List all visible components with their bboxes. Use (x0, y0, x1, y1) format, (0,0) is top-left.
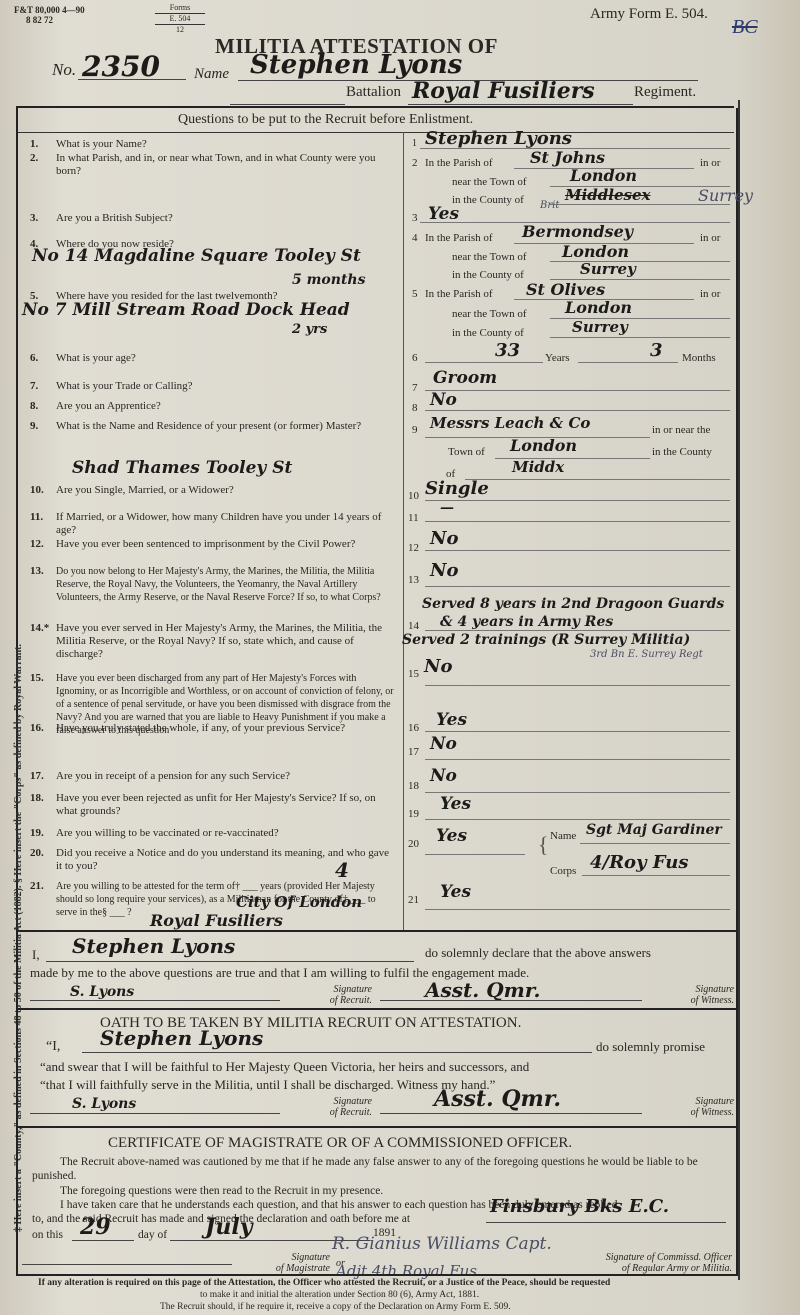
answer-line (465, 479, 730, 480)
question-number: 18. (30, 792, 52, 805)
question-number: 3. (30, 212, 52, 225)
answer-2-county-struck: Middlesex (565, 186, 650, 204)
recruit-name-field[interactable]: Stephen Lyons (250, 50, 462, 80)
answer-17[interactable]: No (430, 734, 457, 754)
answer-number: 11 (408, 512, 419, 524)
in-or-near-label: in or near the (652, 424, 710, 436)
forms-label: Forms (155, 3, 205, 14)
footer-note: to make it and initial the alteration un… (200, 1290, 479, 1301)
answer-number: 1 (412, 138, 417, 149)
answer-line (425, 586, 730, 587)
declaration-box (16, 930, 738, 1276)
question-text: Have you ever served in Her Majesty's Ar… (56, 622, 396, 661)
corner-mark: BC (732, 16, 758, 39)
question-number: 11. (30, 511, 52, 524)
question-item: 11.If Married, or a Widower, how many Ch… (30, 511, 395, 537)
answer-5-parish[interactable]: St Olives (526, 280, 605, 299)
battalion-label: Battalion (346, 84, 401, 101)
forms-number: E. 504 (155, 14, 205, 25)
question-item: 14.*Have you ever served in Her Majesty'… (30, 622, 395, 662)
bracket: { (538, 832, 549, 858)
footer-note: The Recruit should, if he require it, re… (160, 1302, 511, 1313)
question-text: What is the Name and Residence of your p… (56, 420, 396, 433)
question-number: 17. (30, 770, 52, 783)
question-text: Have you ever been rejected as unfit for… (56, 792, 396, 818)
answer-line (425, 390, 730, 391)
answer-line (578, 362, 678, 363)
name-label: Name (194, 66, 229, 83)
answer-7[interactable]: Groom (433, 368, 497, 388)
answer-number: 13 (408, 574, 419, 586)
answer-number: 12 (408, 542, 419, 554)
answer-number: 16 (408, 722, 419, 734)
question-item: 2.In what Parish, and in, or near what T… (30, 152, 395, 182)
column-divider (403, 132, 404, 930)
answer-line (425, 792, 730, 793)
answer-line (425, 854, 525, 855)
answer-number: 6 (412, 352, 418, 364)
question-number: 14.* (30, 622, 52, 635)
answer-9-county[interactable]: Middx (512, 458, 564, 476)
answer-12[interactable]: No (430, 528, 458, 549)
answer-line (425, 630, 730, 631)
answer-number: 3 (412, 212, 418, 224)
notice-giver-name[interactable]: Sgt Maj Gardiner (586, 822, 722, 838)
answer-2-parish[interactable]: St Johns (530, 148, 605, 167)
in-or-label: in or (700, 157, 720, 169)
answer-11[interactable]: — (440, 500, 454, 516)
answer-number: 2 (412, 157, 418, 169)
answer-line (425, 500, 730, 501)
in-or-label: in or (700, 288, 720, 300)
answer-line (550, 204, 730, 205)
answer-number: 15 (408, 668, 419, 680)
answer-line (425, 410, 730, 411)
question-item: 7.What is your Trade or Calling? (30, 380, 395, 392)
regiment-underline (408, 104, 633, 105)
town-label: near the Town of (452, 308, 526, 320)
regiment-label: Regiment. (634, 84, 696, 101)
answer-line (550, 261, 730, 262)
answer-14-line-2[interactable]: & 4 years in Army Res (440, 614, 613, 630)
answer-9-town[interactable]: London (510, 436, 577, 455)
county-label: in the County of (452, 327, 524, 339)
answer-line (425, 909, 730, 910)
print-codes: F&T 80,000 4—90 8 82 72 (14, 5, 85, 25)
question-item: 1.What is your Name? (30, 138, 395, 150)
answer-19[interactable]: Yes (440, 794, 471, 814)
battalion-field[interactable] (230, 104, 345, 105)
answer-13[interactable]: No (430, 560, 458, 581)
question-text: Are you in receipt of a pension for any … (56, 770, 396, 783)
corps-answer[interactable]: Royal Fusiliers (150, 911, 283, 930)
army-form-number: Army Form E. 504. (590, 6, 708, 23)
answer-8[interactable]: No (430, 390, 457, 410)
answer-6-months[interactable]: 3 (650, 340, 663, 361)
answer-number: 14 (408, 620, 419, 632)
answer-number: 18 (408, 780, 419, 792)
question-number: 7. (30, 380, 52, 393)
answer-line (425, 685, 730, 686)
question-item: 18.Have you ever been rejected as unfit … (30, 792, 395, 818)
notice-name-label: Name (550, 830, 576, 842)
question-text: Have you truly stated the whole, if any,… (56, 722, 396, 735)
answer-4-town[interactable]: London (562, 242, 629, 261)
question-text: Do you now belong to Her Majesty's Army,… (56, 565, 396, 604)
question-item: 17.Are you in receipt of a pension for a… (30, 770, 395, 782)
question-number: 2. (30, 152, 52, 165)
answer-16[interactable]: Yes (436, 710, 467, 730)
previous-residence-duration[interactable]: 2 yrs (292, 322, 327, 337)
answer-1-name[interactable]: Stephen Lyons (425, 128, 572, 149)
page-right-border (738, 100, 740, 1280)
question-number: 8. (30, 400, 52, 413)
answer-number: 17 (408, 746, 419, 758)
question-number: 9. (30, 420, 52, 433)
answer-number: 8 (412, 402, 418, 414)
answer-line (550, 337, 730, 338)
question-text: Have you ever been sentenced to imprison… (56, 538, 396, 551)
answer-3-note: Brit (540, 200, 559, 211)
regiment-field[interactable]: Royal Fusiliers (412, 78, 595, 104)
answer-number: 10 (408, 490, 419, 502)
answer-line (425, 550, 730, 551)
answer-line (580, 843, 730, 844)
answer-14-note: 3rd Bn E. Surrey Regt (590, 649, 703, 660)
number-underline (78, 79, 186, 80)
notice-giver-corps[interactable]: 4/Roy Fus (590, 852, 688, 873)
answer-line (582, 875, 730, 876)
question-item: 10.Are you Single, Married, or a Widower… (30, 484, 395, 496)
term-years-answer[interactable]: 4 (335, 858, 349, 882)
town-of-label: Town of (448, 446, 485, 458)
answer-14-line-3[interactable]: Served 2 trainings (R Surrey Militia) (402, 632, 690, 648)
print-code-line: 8 82 72 (14, 15, 85, 25)
answer-14-line-1[interactable]: Served 8 years in 2nd Dragoon Guards (422, 596, 724, 612)
parish-label: In the Parish of (425, 157, 493, 169)
attestation-form-page: F&T 80,000 4—90 8 82 72 Forms E. 504 12 … (0, 0, 800, 1315)
question-item: 9.What is the Name and Residence of your… (30, 420, 395, 448)
master-residence-answer[interactable]: Shad Thames Tooley St (72, 458, 292, 478)
forms-sub: 12 (155, 25, 205, 35)
forms-reference: Forms E. 504 12 (155, 3, 205, 35)
in-or-label: in or (700, 232, 720, 244)
question-number: 10. (30, 484, 52, 497)
answer-line (425, 731, 730, 732)
answer-number: 4 (412, 232, 418, 244)
answer-line (425, 759, 730, 760)
answer-number: 20 (408, 838, 419, 850)
question-number: 12. (30, 538, 52, 551)
question-number: 21. (30, 880, 52, 893)
answer-2-county[interactable]: Surrey (698, 186, 753, 205)
notice-corps-label: Corps (550, 865, 576, 877)
question-item: 12.Have you ever been sentenced to impri… (30, 538, 395, 564)
previous-residence-answer[interactable]: No 7 Mill Stream Road Dock Head (22, 300, 350, 320)
question-item: 3.Are you a British Subject? (30, 212, 395, 224)
answer-9-master[interactable]: Messrs Leach & Co (430, 414, 590, 432)
answer-10[interactable]: Single (425, 478, 489, 499)
divider (18, 132, 734, 133)
question-number: 15. (30, 672, 52, 685)
answer-line (425, 521, 730, 522)
print-code-line: F&T 80,000 4—90 (14, 5, 85, 15)
residence-duration[interactable]: 5 months (292, 272, 365, 288)
question-text: In what Parish, and in, or near what Tow… (56, 152, 396, 178)
county-label: in the County of (452, 269, 524, 281)
question-number: 6. (30, 352, 52, 365)
answer-4-county[interactable]: Surrey (580, 260, 636, 278)
answer-3[interactable]: Yes (428, 204, 459, 224)
question-item: 8.Are you an Apprentice? (30, 400, 395, 412)
years-label: Years (545, 352, 570, 364)
question-item: 16.Have you truly stated the whole, if a… (30, 722, 395, 750)
answer-4-parish[interactable]: Bermondsey (522, 222, 633, 241)
answer-line (425, 819, 730, 820)
question-number: 13. (30, 565, 52, 578)
in-county-label: in the County (652, 446, 712, 458)
question-text: What is your age? (56, 352, 396, 365)
answer-21[interactable]: Yes (440, 882, 471, 902)
question-text: Are you Single, Married, or a Widower? (56, 484, 396, 497)
county-answer[interactable]: City Of London (236, 893, 362, 911)
county-label: in the County of (452, 194, 524, 206)
answer-5-town[interactable]: London (565, 298, 632, 317)
town-label: near the Town of (452, 251, 526, 263)
question-item: 6.What is your age? (30, 352, 395, 364)
question-text: What is your Trade or Calling? (56, 380, 396, 393)
town-label: near the Town of (452, 176, 526, 188)
question-number: 1. (30, 138, 52, 151)
question-text: What is your Name? (56, 138, 396, 151)
question-text: Are you an Apprentice? (56, 400, 396, 413)
answer-number: 21 (408, 894, 419, 906)
answer-18[interactable]: No (430, 766, 457, 786)
questions-heading: Questions to be put to the Recruit befor… (178, 112, 473, 128)
question-text: If Married, or a Widower, how many Child… (56, 511, 396, 537)
answer-2-town[interactable]: London (570, 166, 637, 185)
footer-note: If any alteration is required on this pa… (38, 1278, 610, 1289)
answer-number: 19 (408, 808, 419, 820)
question-number: 20. (30, 847, 52, 860)
answer-number: 9 (412, 424, 418, 436)
question-text: Are you a British Subject? (56, 212, 396, 225)
question-text: Are you willing to be vaccinated or re-v… (56, 827, 396, 840)
answer-number: 7 (412, 382, 418, 394)
answer-line (425, 362, 543, 363)
residence-answer[interactable]: No 14 Magdaline Square Tooley St (32, 246, 361, 266)
answer-20[interactable]: Yes (436, 826, 467, 846)
question-number: 16. (30, 722, 52, 735)
answer-5-county[interactable]: Surrey (572, 318, 628, 336)
question-number: 19. (30, 827, 52, 840)
parish-label: In the Parish of (425, 232, 493, 244)
question-item: 13.Do you now belong to Her Majesty's Ar… (30, 565, 395, 621)
parish-label: In the Parish of (425, 288, 493, 300)
months-label: Months (682, 352, 716, 364)
answer-15[interactable]: No (424, 656, 452, 677)
question-item: 19.Are you willing to be vaccinated or r… (30, 827, 395, 839)
answer-number: 5 (412, 288, 418, 300)
answer-6-years[interactable]: 33 (495, 340, 520, 361)
number-label: No. (52, 60, 76, 80)
